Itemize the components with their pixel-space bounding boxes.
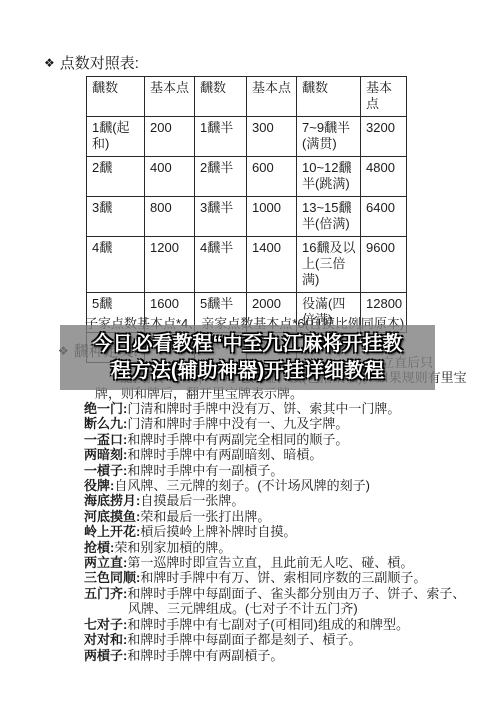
table-cell: 10~12飜半(跳满) (297, 157, 361, 197)
definition-item: 役牌:自风牌、三元牌的刻子。(不计场风牌的刻子) (84, 478, 484, 493)
table-cell: 4飜半 (195, 237, 247, 293)
definition-desc: 和牌时手牌中有两副槓子。 (127, 648, 283, 663)
definition-item: 抢槓:荣和别家加槓的牌。 (84, 540, 484, 555)
definition-term: 对对和: (84, 632, 127, 647)
section-heading-points-table: ❖点数对照表: (44, 55, 139, 73)
table-cell: 800 (145, 197, 195, 237)
table-header-cell: 飜数 (297, 77, 361, 117)
definition-desc-continued: 风牌、三元牌组成。(七对子不计五门齐) (84, 601, 484, 616)
definition-item: 海底捞月:自摸最后一张牌。 (84, 493, 484, 508)
definition-item: 河底摸鱼:荣和最后一张打出牌。 (84, 509, 484, 524)
definition-term: 三色同顺: (84, 570, 140, 585)
definition-item: 两立直:第一巡牌时即宣告立直，且此前无人吃、碰、槓。 (84, 555, 484, 570)
definition-desc: 门清和牌时手牌中没有一、九及字牌。 (127, 416, 348, 431)
table-cell: 3飜半 (195, 197, 247, 237)
table-cell: 16飜及以上(三倍满) (297, 237, 361, 293)
table-row: 4飜12004飜半140016飜及以上(三倍满)9600 (87, 237, 407, 293)
definition-desc: 和牌时手牌中每副面子都是刻子、槓子。 (127, 632, 361, 647)
definition-desc: 自风牌、三元牌的刻子。(不计场风牌的刻子) (114, 478, 370, 493)
definition-term: 断么九: (84, 416, 127, 431)
table-cell: 200 (145, 117, 195, 157)
table-header-cell: 基本点 (145, 77, 195, 117)
definition-term: 两暗刻: (84, 447, 127, 462)
definition-item: 岭上开花:槓后摸岭上牌补牌时自摸。 (84, 524, 484, 539)
definition-term: 一槓子: (84, 463, 127, 478)
table-cell: 300 (247, 117, 297, 157)
diamond-bullet-icon: ❖ (44, 56, 55, 70)
definition-term: 岭上开花: (84, 524, 140, 539)
definition-term: 役牌: (84, 478, 114, 493)
definition-desc: 和牌时手牌中有一副槓子。 (127, 463, 283, 478)
definition-desc: 荣和最后一张打出牌。 (140, 509, 270, 524)
table-row: 1飜(起和)2001飜半3007~9飜半(满贯)3200 (87, 117, 407, 157)
section-title: 点数对照表: (60, 55, 139, 72)
table-cell: 1飜(起和) (87, 117, 145, 157)
document-page: ❖点数对照表: 飜数基本点飜数基本点飜数基本点 1飜(起和)2001飜半3007… (0, 0, 500, 707)
table-cell: 3200 (361, 117, 407, 157)
table-cell: 13~15飜半(倍满) (297, 197, 361, 237)
definition-item: 断么九:门清和牌时手牌中没有一、九及字牌。 (84, 416, 484, 431)
definition-item: 三色同顺:和牌时手牌中有万、饼、索相同序数的三副顺子。 (84, 570, 484, 585)
table-header-cell: 基本点 (247, 77, 297, 117)
definition-desc: 和牌时手牌中有两副完全相同的顺子。 (127, 432, 348, 447)
table-header-cell: 飜数 (87, 77, 145, 117)
table-header: 飜数基本点飜数基本点飜数基本点 (87, 77, 407, 117)
definition-item: 两暗刻:和牌时手牌中有两副暗刻、暗槓。 (84, 447, 484, 462)
table-cell: 2飜 (87, 157, 145, 197)
definition-term: 绝一门: (84, 401, 127, 416)
overlay-title-line1: 今日必看教程“中至九江麻将开挂教 (60, 331, 435, 358)
fan-definitions-list: 绝一门:门清和牌时手牌中没有万、饼、索其中一门牌。断么九:门清和牌时手牌中没有一… (84, 401, 484, 663)
definition-term: 两槓子: (84, 648, 127, 663)
definition-term: 五门齐: (84, 586, 127, 601)
definition-item: 两槓子:和牌时手牌中有两副槓子。 (84, 648, 484, 663)
table-header-cell: 基本点 (361, 77, 407, 117)
table-cell: 2飜半 (195, 157, 247, 197)
definition-desc: 第一巡牌时即宣告立直，且此前无人吃、碰、槓。 (127, 555, 413, 570)
definition-item: 对对和:和牌时手牌中每副面子都是刻子、槓子。 (84, 632, 484, 647)
table-cell: 600 (247, 157, 297, 197)
table-row: 2飜4002飜半60010~12飜半(跳满)4800 (87, 157, 407, 197)
definition-term: 抢槓: (84, 540, 114, 555)
definition-desc: 和牌时手牌中每副面子、雀头都分别由万子、饼子、索子、 (127, 586, 465, 601)
table-row: 3飜8003飜半100013~15飜半(倍满)6400 (87, 197, 407, 237)
definition-term: 海底捞月: (84, 493, 140, 508)
definition-item: 一槓子:和牌时手牌中有一副槓子。 (84, 463, 484, 478)
definition-desc: 和牌时手牌中有两副暗刻、暗槓。 (127, 447, 322, 462)
definition-term: 七对子: (84, 617, 127, 632)
definition-desc: 和牌时手牌中有万、饼、索相同序数的三副顺子。 (140, 570, 426, 585)
table-cell: 9600 (361, 237, 407, 293)
table-cell: 3飜 (87, 197, 145, 237)
definition-term: 一盃口: (84, 432, 127, 447)
table-cell: 7~9飜半(满贯) (297, 117, 361, 157)
definition-term: 河底摸鱼: (84, 509, 140, 524)
definition-term: 两立直: (84, 555, 127, 570)
definition-item: 七对子:和牌时手牌中有七副对子(可相同)组成的和牌型。 (84, 617, 484, 632)
table-cell: 6400 (361, 197, 407, 237)
table-cell: 4800 (361, 157, 407, 197)
definition-item: 绝一门:门清和牌时手牌中没有万、饼、索其中一门牌。 (84, 401, 484, 416)
definition-desc: 和牌时手牌中有七副对子(可相同)组成的和牌型。 (127, 617, 409, 632)
definition-desc: 门清和牌时手牌中没有万、饼、索其中一门牌。 (127, 401, 400, 416)
overlay-title-line2: 程方法(辅助神器)开挂详细教程 (60, 358, 435, 385)
definition-desc: 槓后摸岭上牌补牌时自摸。 (140, 524, 296, 539)
table-cell: 1400 (247, 237, 297, 293)
overlay-promo-banner: 今日必看教程“中至九江麻将开挂教 程方法(辅助神器)开挂详细教程 (60, 325, 435, 390)
definition-item: 一盃口:和牌时手牌中有两副完全相同的顺子。 (84, 432, 484, 447)
table-cell: 1000 (247, 197, 297, 237)
definition-desc: 荣和别家加槓的牌。 (114, 540, 231, 555)
table-cell: 4飜 (87, 237, 145, 293)
table-cell: 1飜半 (195, 117, 247, 157)
table-header-cell: 飜数 (195, 77, 247, 117)
definition-desc: 自摸最后一张牌。 (140, 493, 244, 508)
table-cell: 1200 (145, 237, 195, 293)
definition-item: 五门齐:和牌时手牌中每副面子、雀头都分别由万子、饼子、索子、 (84, 586, 484, 601)
table-cell: 400 (145, 157, 195, 197)
